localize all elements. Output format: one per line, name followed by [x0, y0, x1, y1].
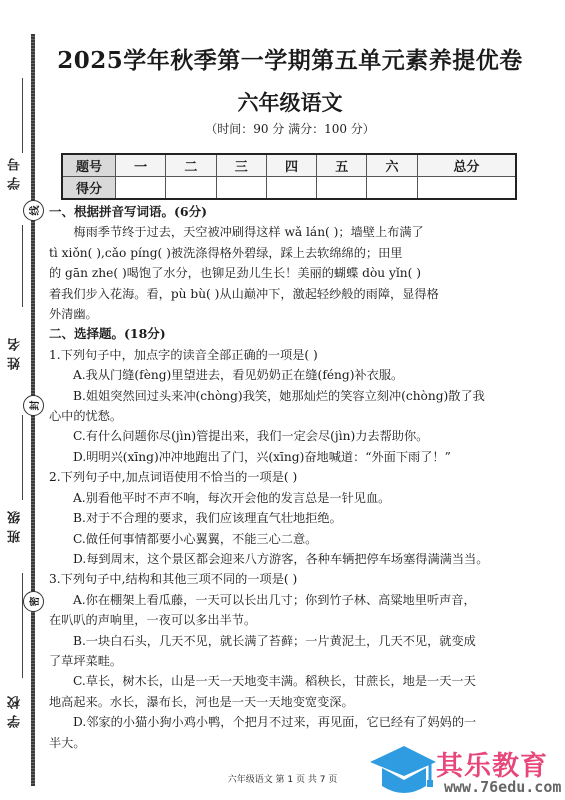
score-cell-total[interactable] [417, 177, 516, 200]
option-c: C.做任何事情都要小心翼翼，不能三心二意。 [49, 529, 521, 549]
option-c: C.有什么问题你尽(jìn)管提出来，我们一定会尽(jìn)力去帮助你。 [49, 426, 521, 446]
seal-secret-mark: 密 [23, 591, 44, 612]
school-label: 学校 [6, 690, 22, 728]
col-header: 二 [166, 154, 216, 177]
option-d: D.明明兴(xīng)冲冲地跑出了门，兴(xīng)奋地喊道：“外面下雨了！” [49, 447, 521, 467]
name-label: 姓名 [6, 332, 22, 370]
score-table-score-row: 得分 [62, 177, 516, 200]
name-rule [22, 225, 23, 307]
score-table: 题号 一 二 三 四 五 六 总分 得分 [61, 153, 517, 200]
option-b: B.对于不合理的要求，我们应该理直气壮地拒绝。 [49, 508, 521, 528]
question-stem: 2.下列句子中,加点词语使用不恰当的一项是( ) [49, 467, 521, 487]
option-c: C.草长，树木长，山是一天一天地变丰满。稻秧长，甘蔗长，地是一天一天 [49, 671, 521, 691]
exam-meta: （时间：90 分 满分：100 分） [40, 120, 540, 137]
col-header: 一 [116, 154, 166, 177]
student-id-label: 学号 [6, 152, 22, 190]
section-heading: 二、选择题。(18分) [49, 324, 521, 344]
question-stem: 1.下列句子中，加点字的读音全部正确的一项是( ) [49, 345, 521, 365]
question-stem: 3.下列句子中,结构和其他三项不同的一项是( ) [49, 569, 521, 589]
passage-line: tì xiǒn( ),cǎo píng( )被洗涤得格外碧绿，踩上去软绵绵的；田… [49, 243, 521, 263]
watermark-url: www.76edu.com [444, 778, 561, 796]
option-b-cont: 心中的忧愁。 [49, 406, 521, 426]
exam-subtitle: 六年级语文 [40, 87, 540, 117]
option-d: D.每到周末，这个景区都会迎来八方游客，各种车辆把停车场塞得满满当当。 [49, 549, 521, 569]
option-a: A.我从门缝(fèng)里望进去，看见奶奶正在缝(féng)补衣服。 [49, 365, 521, 385]
col-header: 三 [216, 154, 266, 177]
passage-line: 着我们步入花海。看，pù bù( )从山巅冲下，激起轻纱般的雨障，显得格 [49, 284, 521, 304]
score-cell[interactable] [116, 177, 166, 200]
option-a: A.别看他平时不声不响，每次开会他的发言总是一针见血。 [49, 488, 521, 508]
passage-line: 外清幽。 [49, 304, 521, 324]
score-table-header-row: 题号 一 二 三 四 五 六 总分 [62, 154, 516, 177]
option-a: A.你在棚架上看瓜藤，一天可以长出几寸；你到竹子林、高粱地里听声音， [49, 590, 521, 610]
student-id-rule [22, 78, 23, 153]
score-cell[interactable] [166, 177, 216, 200]
row-header-score: 得分 [62, 177, 116, 200]
col-header: 四 [266, 154, 316, 177]
option-c-cont: 地高起来。水长，瀑布长，河也是一天一天地变宽变深。 [49, 692, 521, 712]
score-cell[interactable] [266, 177, 316, 200]
seal-seal-mark: 封 [23, 395, 44, 416]
col-header: 总分 [417, 154, 516, 177]
col-header: 六 [367, 154, 417, 177]
score-cell[interactable] [317, 177, 367, 200]
seal-line-mark: 线 [23, 200, 44, 221]
option-d: D.邻家的小猫小狗小鸡小鸭，个把月不过来，再见面，它已经有了妈妈的一 [49, 712, 521, 732]
option-b: B.一块白石头，几天不见，就长满了苔藓；一片黄泥土，几天不见，就变成 [49, 631, 521, 651]
option-a-cont: 在叭叭的声响里，一夜可以多出半节。 [49, 610, 521, 630]
option-b: B.姐姐突然回过头来冲(chòng)我笑，她那灿烂的笑容立刻冲(chòng)散了… [49, 386, 521, 406]
row-header-question-no: 题号 [62, 154, 116, 177]
score-cell[interactable] [367, 177, 417, 200]
section-heading: 一、根据拼音写词语。(6分) [49, 202, 521, 222]
score-cell[interactable] [216, 177, 266, 200]
graduation-cap-icon [368, 742, 438, 798]
exam-title: 2025学年秋季第一学期第五单元素养提优卷 [40, 42, 540, 75]
col-header: 五 [317, 154, 367, 177]
passage-line: 梅雨季节终于过去，天空被冲刷得这样 wǎ lán( )；墙壁上布满了 [49, 222, 521, 242]
school-rule [22, 573, 23, 678]
exam-content: 一、根据拼音写词语。(6分) 梅雨季节终于过去，天空被冲刷得这样 wǎ lán(… [49, 202, 521, 753]
passage-line: 的 gān zhe( )喝饱了水分，也铆足劲儿生长！美丽的蝴蝶 dòu yǐn(… [49, 263, 521, 283]
watermark-logo: 其乐教育 www.76edu.com [368, 742, 565, 798]
option-b-cont: 了草坪菜畦。 [49, 651, 521, 671]
class-label: 班级 [6, 505, 22, 543]
class-rule [22, 415, 23, 500]
